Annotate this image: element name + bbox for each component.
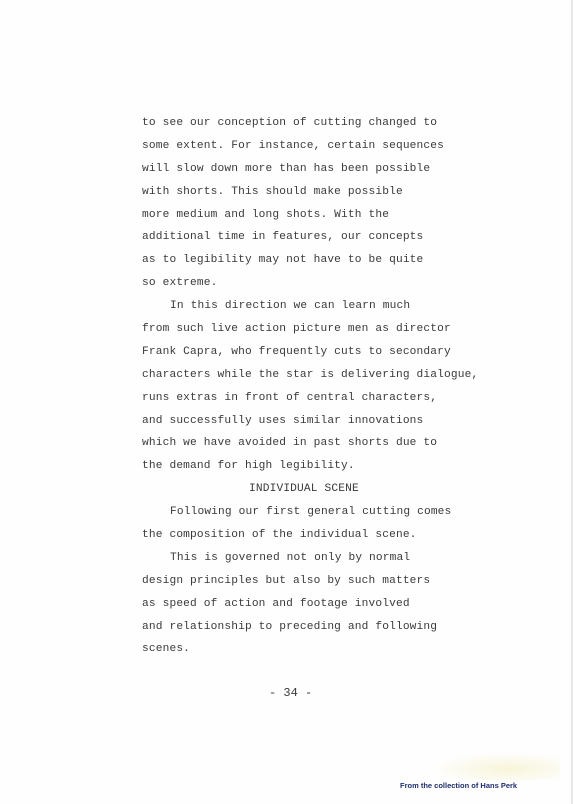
- text-line: more medium and long shots. With the: [142, 204, 502, 227]
- page-number: - 34 -: [269, 686, 312, 700]
- collection-credit: From the collection of Hans Perk: [400, 781, 517, 790]
- text-line: scenes.: [142, 638, 502, 661]
- text-line: some extent. For instance, certain seque…: [142, 135, 502, 158]
- text-line: and relationship to preceding and follow…: [142, 616, 502, 639]
- text-line: so extreme.: [142, 272, 502, 295]
- text-line: as speed of action and footage involved: [142, 593, 502, 616]
- text-line: as to legibility may not have to be quit…: [142, 249, 502, 272]
- text-line: In this direction we can learn much: [142, 295, 502, 318]
- text-line: which we have avoided in past shorts due…: [142, 432, 502, 455]
- document-body: to see our conception of cutting changed…: [142, 112, 502, 661]
- text-line: with shorts. This should make possible: [142, 181, 502, 204]
- text-line: and successfully uses similar innovation…: [142, 410, 502, 433]
- text-line: Following our first general cutting come…: [142, 501, 502, 524]
- text-line: the demand for high legibility.: [142, 455, 502, 478]
- text-line: characters while the star is delivering …: [142, 364, 502, 387]
- text-line: additional time in features, our concept…: [142, 226, 502, 249]
- document-page: to see our conception of cutting changed…: [0, 0, 573, 804]
- text-line: the composition of the individual scene.: [142, 524, 502, 547]
- text-line: Frank Capra, who frequently cuts to seco…: [142, 341, 502, 364]
- text-line: from such live action picture men as dir…: [142, 318, 502, 341]
- text-line: will slow down more than has been possib…: [142, 158, 502, 181]
- paper-stain: [430, 752, 560, 780]
- text-line: This is governed not only by normal: [142, 547, 502, 570]
- text-line: runs extras in front of central characte…: [142, 387, 502, 410]
- section-heading: INDIVIDUAL SCENE: [142, 478, 502, 501]
- text-line: to see our conception of cutting changed…: [142, 112, 502, 135]
- text-line: design principles but also by such matte…: [142, 570, 502, 593]
